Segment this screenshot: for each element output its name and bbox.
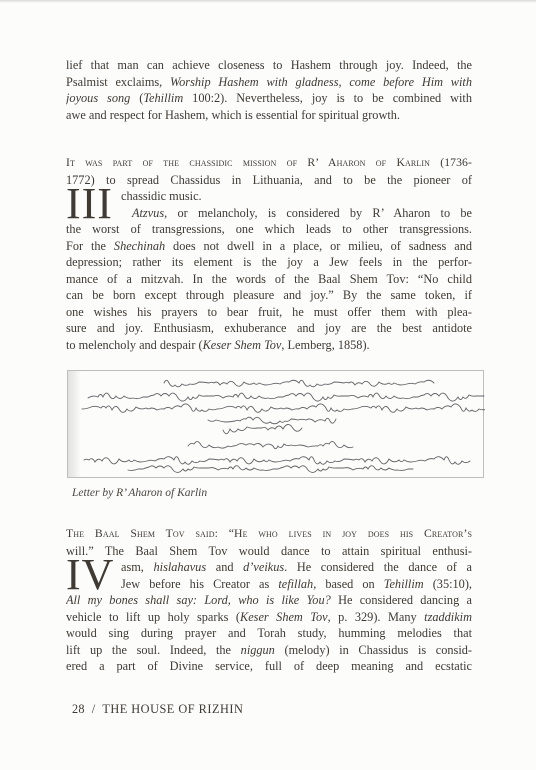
page-number: 28 (72, 702, 85, 716)
text-line: Atzvus, or melancholy, is considered by … (66, 205, 472, 222)
text-line: Jew before his Creator as tefillah, base… (66, 576, 472, 593)
letter-figure (67, 370, 484, 478)
text-line: lift up the soul. Indeed, the niggun (me… (66, 642, 472, 659)
text-line: It was part of the chassidic mission of … (66, 155, 472, 172)
text-line: the worst of transgressions, one which l… (66, 221, 472, 238)
footer-separator: / (92, 702, 96, 716)
page-footer: 28/THE HOUSE OF RIZHIN (72, 702, 243, 717)
section-four-numeral: IV (66, 557, 114, 593)
section-three: III It was part of the chassidic mission… (66, 155, 472, 353)
text-line: to melencholy and despair (Keser Shem To… (66, 337, 472, 354)
text-line: mance of a mitzvah. In the words of the … (66, 271, 472, 288)
text-line: would sing during prayer and Torah study… (66, 625, 472, 642)
handwritten-letter-image (68, 371, 485, 479)
section-three-text: It was part of the chassidic mission of … (66, 155, 472, 353)
text-line: vehicle to lift up holy sparks (Keser Sh… (66, 609, 472, 626)
section-four: IV The Baal Shem Tov said: “He who lives… (66, 526, 472, 675)
scan-edge-artifact (0, 0, 536, 3)
text-line: one wishes his prayers to bear fruit, he… (66, 304, 472, 321)
text-line: 1772) to spread Chassidus in Lithuania, … (66, 172, 472, 189)
book-title: THE HOUSE OF RIZHIN (102, 702, 243, 716)
section-three-numeral: III (66, 186, 113, 222)
text-line: For the Shechinah does not dwell in a pl… (66, 238, 472, 255)
text-line: chassidic music. (66, 188, 472, 205)
text-line: will.” The Baal Shem Tov would dance to … (66, 543, 472, 560)
text-line: asm, hislahavus and d’veikus. He conside… (66, 559, 472, 576)
text-line: awe and respect for Hashem, which is ess… (66, 107, 472, 124)
text-line: All my bones shall say: Lord, who is lik… (66, 592, 472, 609)
letter-caption: Letter by R’ Aharon of Karlin (72, 487, 207, 499)
intro-paragraph: lief that man can achieve closeness to H… (66, 57, 472, 123)
text-line: The Baal Shem Tov said: “He who lives in… (66, 526, 472, 543)
text-line: sure and joy. Enthusiasm, exhuberance an… (66, 320, 472, 337)
text-line: ered a part of Divine service, full of d… (66, 658, 472, 675)
text-line: can be born except through pleasure and … (66, 287, 472, 304)
text-line: lief that man can achieve closeness to H… (66, 57, 472, 74)
text-line: depression; rather its element is the jo… (66, 254, 472, 271)
text-line: joyous song (Tehillim 100:2). Neverthele… (66, 90, 472, 107)
text-line: Psalmist exclaims, Worship Hashem with g… (66, 74, 472, 91)
section-four-text: The Baal Shem Tov said: “He who lives in… (66, 526, 472, 675)
